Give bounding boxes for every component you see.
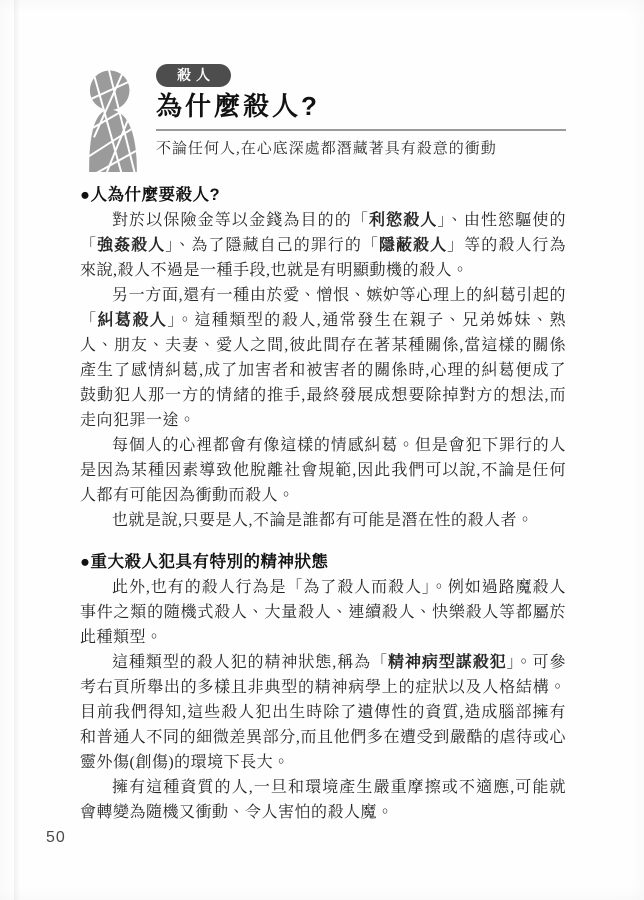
section-heading: ●重大殺人犯具有特別的精神狀態 xyxy=(80,549,566,575)
paragraph: 對於以保險金等以金錢為目的的「利慾殺人」、由性慾驅使的「強姦殺人」、為了隱藏自己… xyxy=(80,208,566,283)
section-heading: ●人為什麼要殺人? xyxy=(80,182,566,208)
book-page: 殺人 為什麼殺人? 不論任何人,在心底深處都潛藏著具有殺意的衝動 ●人為什麼要殺… xyxy=(0,0,644,900)
paragraph: 每個人的心裡都會有像這樣的情感糾葛。但是會犯下罪行的人是因為某種因素導致他脫離社… xyxy=(80,433,566,508)
chapter-header: 殺人 為什麼殺人? 不論任何人,在心底深處都潛藏著具有殺意的衝動 xyxy=(84,64,566,158)
page-number: 50 xyxy=(46,829,66,847)
title-divider xyxy=(156,129,566,131)
paragraph: 擁有這種資質的人,一旦和環境產生嚴重摩擦或不適應,可能就會轉變為隨機又衝動、令人… xyxy=(80,775,566,825)
subtitle: 不論任何人,在心底深處都潛藏著具有殺意的衝動 xyxy=(156,137,566,158)
page-title: 為什麼殺人? xyxy=(156,92,566,122)
header-text-block: 殺人 為什麼殺人? 不論任何人,在心底深處都潛藏著具有殺意的衝動 xyxy=(156,64,566,158)
scan-gutter-shadow xyxy=(14,0,20,900)
paragraph: 另一方面,還有一種由於愛、憎恨、嫉妒等心理上的糾葛引起的「糾葛殺人」。這種類型的… xyxy=(80,283,566,433)
body-text: ●人為什麼要殺人? 對於以保險金等以金錢為目的的「利慾殺人」、由性慾驅使的「強姦… xyxy=(80,182,566,825)
paragraph: 也就是說,只要是人,不論是誰都有可能是潛在性的殺人者。 xyxy=(80,508,566,533)
paragraph: 此外,也有的殺人行為是「為了殺人而殺人」。例如過路魔殺人事件之類的隨機式殺人、大… xyxy=(80,575,566,650)
category-badge: 殺人 xyxy=(156,64,231,87)
shattered-figure-icon xyxy=(84,68,142,172)
paragraph: 這種類型的殺人犯的精神狀態,稱為「精神病型謀殺犯」。可參考右頁所舉出的多樣且非典… xyxy=(80,650,566,775)
